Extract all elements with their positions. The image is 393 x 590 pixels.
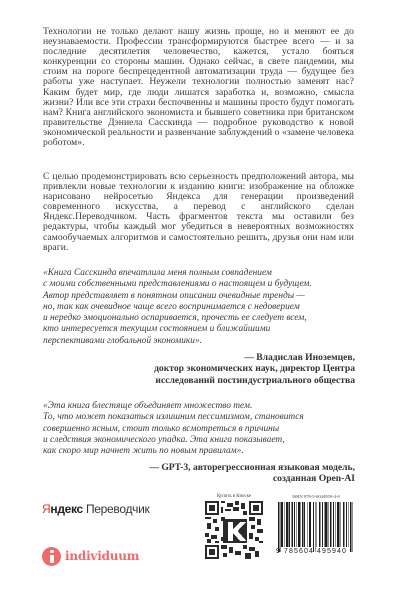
attribution-line: — Владислав Иноземцев, bbox=[154, 352, 355, 363]
yandex-translator-logo: Яндекс Переводчик bbox=[42, 502, 149, 516]
quote-line: Автор представляет в понятном описании о… bbox=[43, 291, 358, 302]
attribution-line: исследований постиндустриального обществ… bbox=[154, 375, 355, 386]
quote-attribution-inozemtsev: — Владислав Иноземцев, доктор экономичес… bbox=[154, 352, 355, 386]
review-quote-gpt3: «Эта книга блестяще объединяет множество… bbox=[43, 401, 358, 457]
yandex-logo-service: Переводчик bbox=[83, 502, 150, 516]
quote-line: но, так как очевидное чаще всего восприн… bbox=[43, 302, 358, 313]
quote-line: совершенно ясным, стоит только всмотреть… bbox=[43, 424, 358, 435]
attribution-line: созданная Open-AI bbox=[149, 473, 355, 484]
quote-line: «Эта книга блестяще объединяет множество… bbox=[43, 401, 358, 412]
review-quote-inozemtsev: «Книга Сасскинда впечатлила меня полным … bbox=[43, 268, 358, 347]
quote-line: и нередко эмоционально оспаривается, про… bbox=[43, 313, 358, 324]
quote-line: с моими собственными представлениями о н… bbox=[43, 279, 358, 290]
quote-line: То, что может показаться излишним пессим… bbox=[43, 412, 358, 423]
quote-line: кто интересуется текущим состоянием и бл… bbox=[43, 324, 358, 335]
quote-line: «Книга Сасскинда впечатлила меня полным … bbox=[43, 268, 358, 279]
quote-line: и следствия экономического упадка. Эта к… bbox=[43, 435, 358, 446]
quote-line: перспективами глобальной экономики». bbox=[43, 336, 358, 347]
description-paragraph-2: С целью продемонстрировать всю серьезнос… bbox=[43, 172, 354, 253]
description-paragraph-1: Технологии не только делают нашу жизнь п… bbox=[43, 27, 354, 148]
barcode-digits: 9 785604 495940 bbox=[276, 548, 356, 555]
qr-code-block: Купить в Киоске bbox=[203, 494, 265, 563]
isbn-caption: ISBN 978-5-6044959-4-0 bbox=[276, 494, 356, 499]
quote-line: как скоро мир начнет жить по новым прави… bbox=[43, 446, 358, 457]
isbn-barcode-block: ISBN 978-5-6044959-4-0 9 785604 495940 bbox=[276, 494, 356, 556]
individuum-i-icon bbox=[42, 547, 61, 566]
barcode-icon bbox=[278, 502, 354, 552]
qr-code-icon[interactable] bbox=[205, 501, 263, 559]
book-back-cover: Технологии не только делают нашу жизнь п… bbox=[0, 0, 393, 590]
individuum-publisher-logo: individuum bbox=[42, 545, 139, 567]
quote-attribution-gpt3: — GPT-3, авторегрессионная языковая моде… bbox=[149, 462, 355, 485]
individuum-wordmark: individuum bbox=[65, 549, 139, 563]
qr-caption: Купить в Киоске bbox=[203, 494, 265, 499]
attribution-line: — GPT-3, авторегрессионная языковая моде… bbox=[149, 462, 355, 473]
attribution-line: доктор экономических наук, директор Цент… bbox=[154, 363, 355, 374]
yandex-logo-ndeks: ндекс bbox=[50, 502, 83, 516]
